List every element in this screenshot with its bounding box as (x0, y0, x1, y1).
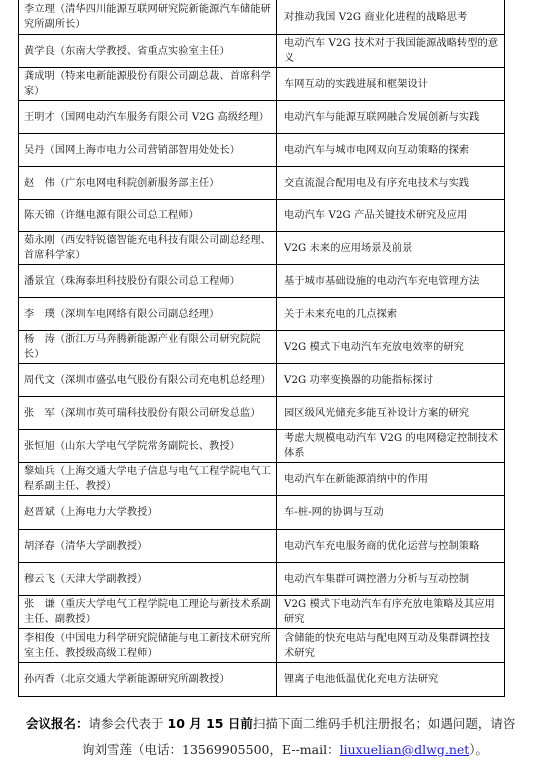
table-row: 杨 涛（浙江万马奔腾新能源产业有限公司研究院院长） V2G 模式下电动汽车充放电… (19, 330, 504, 363)
speaker-cell: 赵 伟（广东电网电科院创新服务部主任） (19, 167, 277, 199)
topic-cell: 电动汽车在新能源消纳中的作用 (277, 463, 504, 495)
speaker-schedule-table: 李立理（清华四川能源互联网研究院新能源汽车储能研究所副所长） 对推动我国 V2G… (18, 0, 505, 697)
topic-cell: 交直流混合配用电及有序充电技术与实践 (277, 167, 504, 199)
speaker-cell: 陈天锦（许继电源有限公司总工程师） (19, 200, 277, 231)
topic-cell: 车网互动的实践进展和框架设计 (277, 68, 504, 100)
topic-cell: 电动汽车与能源互联网融合发展创新与实践 (277, 101, 504, 133)
speaker-cell: 赵晋斌（上海电力大学教授） (19, 496, 277, 529)
table-row: 李立理（清华四川能源互联网研究院新能源汽车储能研究所副所长） 对推动我国 V2G… (19, 0, 504, 34)
table-row: 周代文（深圳市盛弘电气股份有限公司充电机总经理） V2G 功率变换器的功能指标探… (19, 363, 504, 396)
table-row: 王明才（国网电动汽车服务有限公司 V2G 高级经理） 电动汽车与能源互联网融合发… (19, 100, 504, 133)
topic-cell: 基于城市基础设施的电动汽车充电管理方法 (277, 265, 504, 297)
speaker-cell: 周代文（深圳市盛弘电气股份有限公司充电机总经理） (19, 364, 277, 396)
table-row: 张 谦（重庆大学电气工程学院电工理论与新技术系副主任、副教授） V2G 模式下电… (19, 595, 504, 628)
speaker-cell: 李立理（清华四川能源互联网研究院新能源汽车储能研究所副所长） (19, 0, 277, 34)
table-row: 吴丹（国网上海市电力公司营销部智用处处长） 电动汽车与城市电网双向互动策略的探索 (19, 133, 504, 166)
email-link[interactable]: liuxuelian@dlwg.net (340, 742, 470, 757)
table-row: 张 军（深圳市英可瑞科技股份有限公司研发总监） 园区级风光储充多能互补设计方案的… (19, 396, 504, 429)
registration-line-1: 会议报名：请参会代表于 10 月 15 日前扫描下面二维码手机注册报名；如遇问题… (26, 714, 515, 732)
table-row: 黄学良（东南大学教授、省重点实验室主任） 电动汽车 V2G 技术对于我国能源战略… (19, 34, 504, 67)
speaker-cell: 穆云飞（天津大学副教授） (19, 563, 277, 595)
registration-line-2: 询刘雪莲（电话：13569905500，E--mail：liuxuelian@d… (82, 740, 488, 758)
topic-cell: 电动汽车 V2G 产品关键技术研究及应用 (277, 200, 504, 231)
speaker-cell: 李 璞（深圳车电网络有限公司副总经理） (19, 298, 277, 330)
contact-suffix: ）。 (469, 742, 488, 757)
speaker-cell: 潘景宜（珠海泰坦科技股份有限公司总工程师） (19, 265, 277, 297)
topic-cell: 电动汽车充电服务商的优化运营与控制策略 (277, 530, 504, 562)
table-row: 张恒旭（山东大学电气学院常务副院长、教授） 考虑大规模电动汽车 V2G 的电网稳… (19, 429, 504, 462)
registration-deadline: 10 月 15 日前 (168, 716, 253, 731)
topic-cell: 车-桩-网的协调与互动 (277, 496, 504, 529)
topic-cell: 电动汽车集群可调控潜力分析与互动控制 (277, 563, 504, 595)
topic-cell: 考虑大规模电动汽车 V2G 的电网稳定控制技术体系 (277, 430, 504, 462)
registration-instructions: 扫描下面二维码手机注册报名；如遇问题，请咨 (253, 716, 516, 731)
contact-prefix: 询刘雪莲（电话： (82, 742, 182, 757)
speaker-cell: 黎灿兵（上海交通大学电子信息与电气工程学院电气工程系副主任、教授） (19, 463, 277, 495)
table-row: 孙丙香（北京交通大学新能源研究所副教授） 锂离子电池低温优化充电方法研究 (19, 662, 504, 696)
table-row: 潘景宜（珠海泰坦科技股份有限公司总工程师） 基于城市基础设施的电动汽车充电管理方… (19, 264, 504, 297)
table-row: 李相俊（中国电力科学研究院储能与电工新技术研究所室主任、教授级高级工程师） 含储… (19, 628, 504, 662)
topic-cell: 园区级风光储充多能互补设计方案的研究 (277, 397, 504, 429)
topic-cell: V2G 功率变换器的功能指标探讨 (277, 364, 504, 396)
speaker-cell: 胡泽春（清华大学副教授） (19, 530, 277, 562)
topic-cell: V2G 模式下电动汽车充放电效率的研究 (277, 331, 504, 363)
speaker-cell: 王明才（国网电动汽车服务有限公司 V2G 高级经理） (19, 101, 277, 133)
speaker-cell: 杨 涛（浙江万马奔腾新能源产业有限公司研究院院长） (19, 331, 277, 363)
speaker-cell: 张恒旭（山东大学电气学院常务副院长、教授） (19, 430, 277, 462)
table-row: 穆云飞（天津大学副教授） 电动汽车集群可调控潜力分析与互动控制 (19, 562, 504, 595)
speaker-cell: 吴丹（国网上海市电力公司营销部智用处处长） (19, 134, 277, 166)
topic-cell: 电动汽车 V2G 技术对于我国能源战略转型的意义 (277, 35, 504, 67)
speaker-cell: 孙丙香（北京交通大学新能源研究所副教授） (19, 663, 277, 696)
table-row: 龚成明（特来电新能源股份有限公司副总裁、首席科学家） 车网互动的实践进展和框架设… (19, 67, 504, 100)
table-row: 李 璞（深圳车电网络有限公司副总经理） 关于未来充电的几点探索 (19, 297, 504, 330)
speaker-cell: 李相俊（中国电力科学研究院储能与电工新技术研究所室主任、教授级高级工程师） (19, 629, 277, 662)
topic-cell: 对推动我国 V2G 商业化进程的战略思考 (277, 0, 504, 34)
table-row: 赵 伟（广东电网电科院创新服务部主任） 交直流混合配用电及有序充电技术与实践 (19, 166, 504, 199)
speaker-cell: 张 谦（重庆大学电气工程学院电工理论与新技术系副主任、副教授） (19, 596, 277, 628)
topic-cell: 锂离子电池低温优化充电方法研究 (277, 663, 504, 696)
registration-text: 请参会代表于 (89, 716, 168, 731)
table-row: 黎灿兵（上海交通大学电子信息与电气工程学院电气工程系副主任、教授） 电动汽车在新… (19, 462, 504, 495)
topic-cell: 含储能的快充电站与配电网互动及集群调控技术研究 (277, 629, 504, 662)
contact-phone: 13569905500 (182, 742, 269, 757)
table-row: 陈天锦（许继电源有限公司总工程师） 电动汽车 V2G 产品关键技术研究及应用 (19, 199, 504, 231)
topic-cell: 关于未来充电的几点探索 (277, 298, 504, 330)
table-row: 茹永刚（西安特锐德智能充电科技有限公司副总经理、首席科学家） V2G 未来的应用… (19, 231, 504, 264)
table-row: 胡泽春（清华大学副教授） 电动汽车充电服务商的优化运营与控制策略 (19, 529, 504, 562)
registration-label: 会议报名： (26, 716, 89, 731)
topic-cell: V2G 未来的应用场景及前景 (277, 232, 504, 264)
speaker-cell: 龚成明（特来电新能源股份有限公司副总裁、首席科学家） (19, 68, 277, 100)
topic-cell: 电动汽车与城市电网双向互动策略的探索 (277, 134, 504, 166)
speaker-cell: 茹永刚（西安特锐德智能充电科技有限公司副总经理、首席科学家） (19, 232, 277, 264)
table-row: 赵晋斌（上海电力大学教授） 车-桩-网的协调与互动 (19, 495, 504, 529)
topic-cell: V2G 模式下电动汽车有序充放电策略及其应用研究 (277, 596, 504, 628)
speaker-cell: 黄学良（东南大学教授、省重点实验室主任） (19, 35, 277, 67)
speaker-cell: 张 军（深圳市英可瑞科技股份有限公司研发总监） (19, 397, 277, 429)
email-label: ，E--mail： (270, 742, 340, 757)
